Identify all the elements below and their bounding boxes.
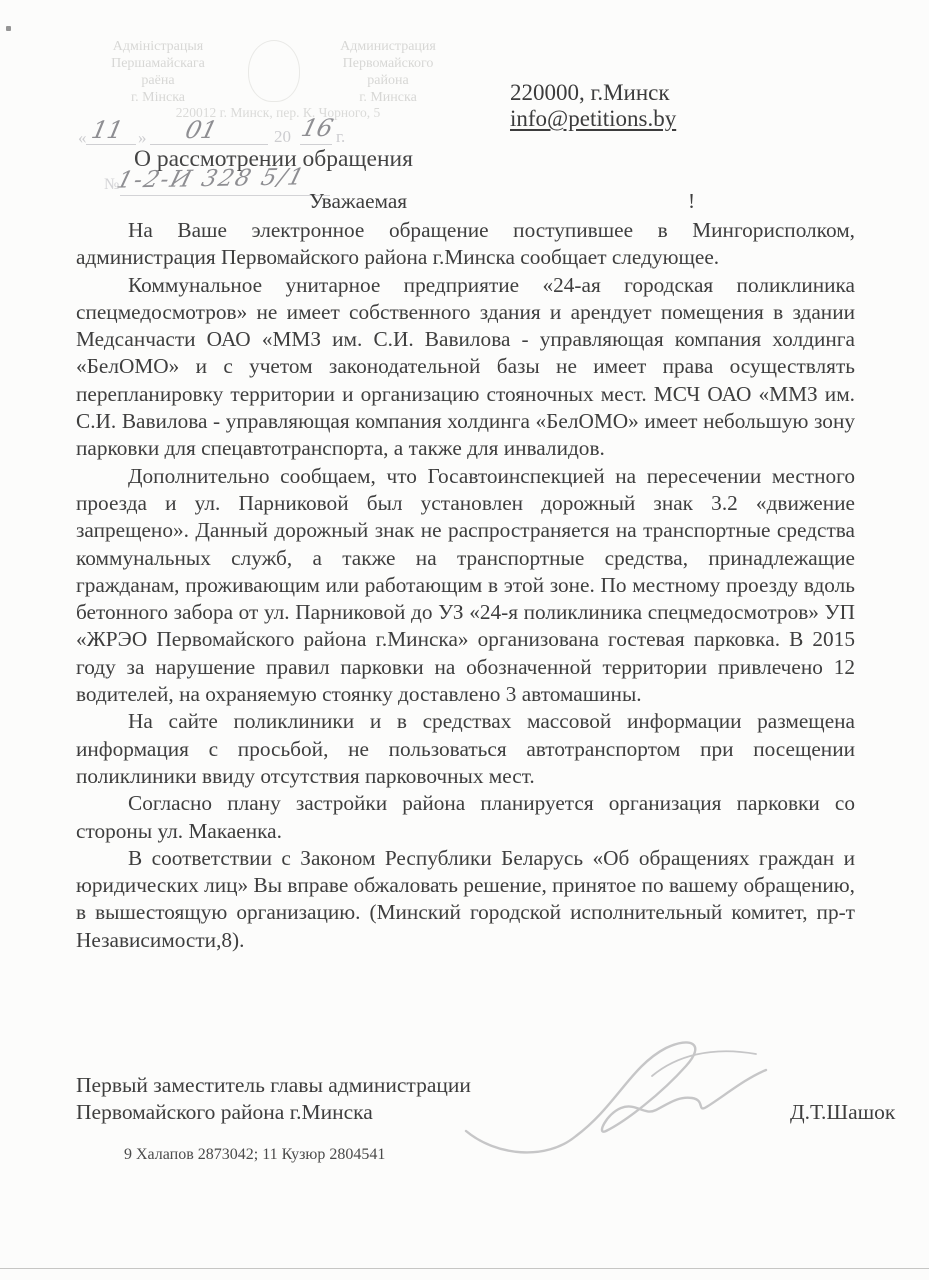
year-suffix: г.: [336, 127, 345, 147]
letterhead-line: Первомайского: [308, 55, 468, 72]
recipient-email: info@petitions.by: [510, 106, 676, 132]
date-line: « » 20 г. 11 01 16: [78, 122, 418, 148]
close-quote: »: [138, 128, 147, 148]
letter-body: Уважаемая ! На Ваше электронное обращени…: [76, 188, 855, 954]
signatory-name: Д.Т.Шашок: [790, 1100, 895, 1125]
year-prefix: 20: [274, 127, 291, 147]
day-underline: [86, 144, 136, 145]
handwritten-year: 16: [299, 114, 337, 142]
recipient-city: 220000, г.Минск: [510, 80, 676, 106]
body-paragraph: В соответствии с Законом Республики Бела…: [76, 845, 855, 954]
scan-artifact-speck: [6, 26, 11, 31]
body-paragraph: Согласно плану застройки района планируе…: [76, 790, 855, 845]
letterhead-line: Адміністрацыя: [78, 38, 238, 55]
body-paragraph: Дополнительно сообщаем, что Госавтоинспе…: [76, 463, 855, 709]
letterhead-belarusian-column: Адміністрацыя Першамайскага раёна г. Мін…: [78, 38, 238, 106]
letterhead: Адміністрацыя Першамайскага раёна г. Мін…: [78, 38, 478, 116]
letterhead-emblem: [248, 40, 300, 102]
handwritten-day: 11: [89, 116, 125, 144]
scan-edge-line: [0, 1268, 929, 1269]
body-paragraph: На Ваше электронное обращение поступивше…: [76, 217, 855, 272]
scanned-letter-page: Адміністрацыя Першамайскага раёна г. Мін…: [0, 0, 929, 1280]
recipient-block: 220000, г.Минск info@petitions.by: [510, 80, 676, 132]
signatory-title: Первый заместитель главы администрации П…: [76, 1072, 471, 1126]
letterhead-line: района: [308, 72, 468, 89]
letterhead-russian-column: Администрация Первомайского района г. Ми…: [308, 38, 468, 106]
handwritten-month: 01: [183, 116, 221, 144]
greeting-line: Уважаемая !: [76, 188, 855, 217]
letterhead-line: раёна: [78, 72, 238, 89]
salutation: Уважаемая: [309, 188, 407, 215]
year-underline: [300, 144, 332, 145]
letterhead-line: Администрация: [308, 38, 468, 55]
letterhead-address: 220012 г. Минск, пер. К. Чорного, 5: [98, 104, 458, 121]
body-paragraph: На сайте поликлиники и в средствах массо…: [76, 708, 855, 790]
executors-note: 9 Халапов 2873042; 11 Кузюр 2804541: [124, 1146, 385, 1164]
signatory-title-line: Первый заместитель главы администрации: [76, 1072, 471, 1099]
letterhead-line: Першамайскага: [78, 55, 238, 72]
signatory-title-line: Первомайского района г.Минска: [76, 1099, 471, 1126]
signature-scribble: [456, 1036, 776, 1166]
open-quote: «: [78, 128, 87, 148]
month-underline: [150, 144, 268, 145]
body-paragraph: Коммунальное унитарное предприятие «24-а…: [76, 272, 855, 463]
greeting-exclamation: !: [688, 188, 695, 215]
